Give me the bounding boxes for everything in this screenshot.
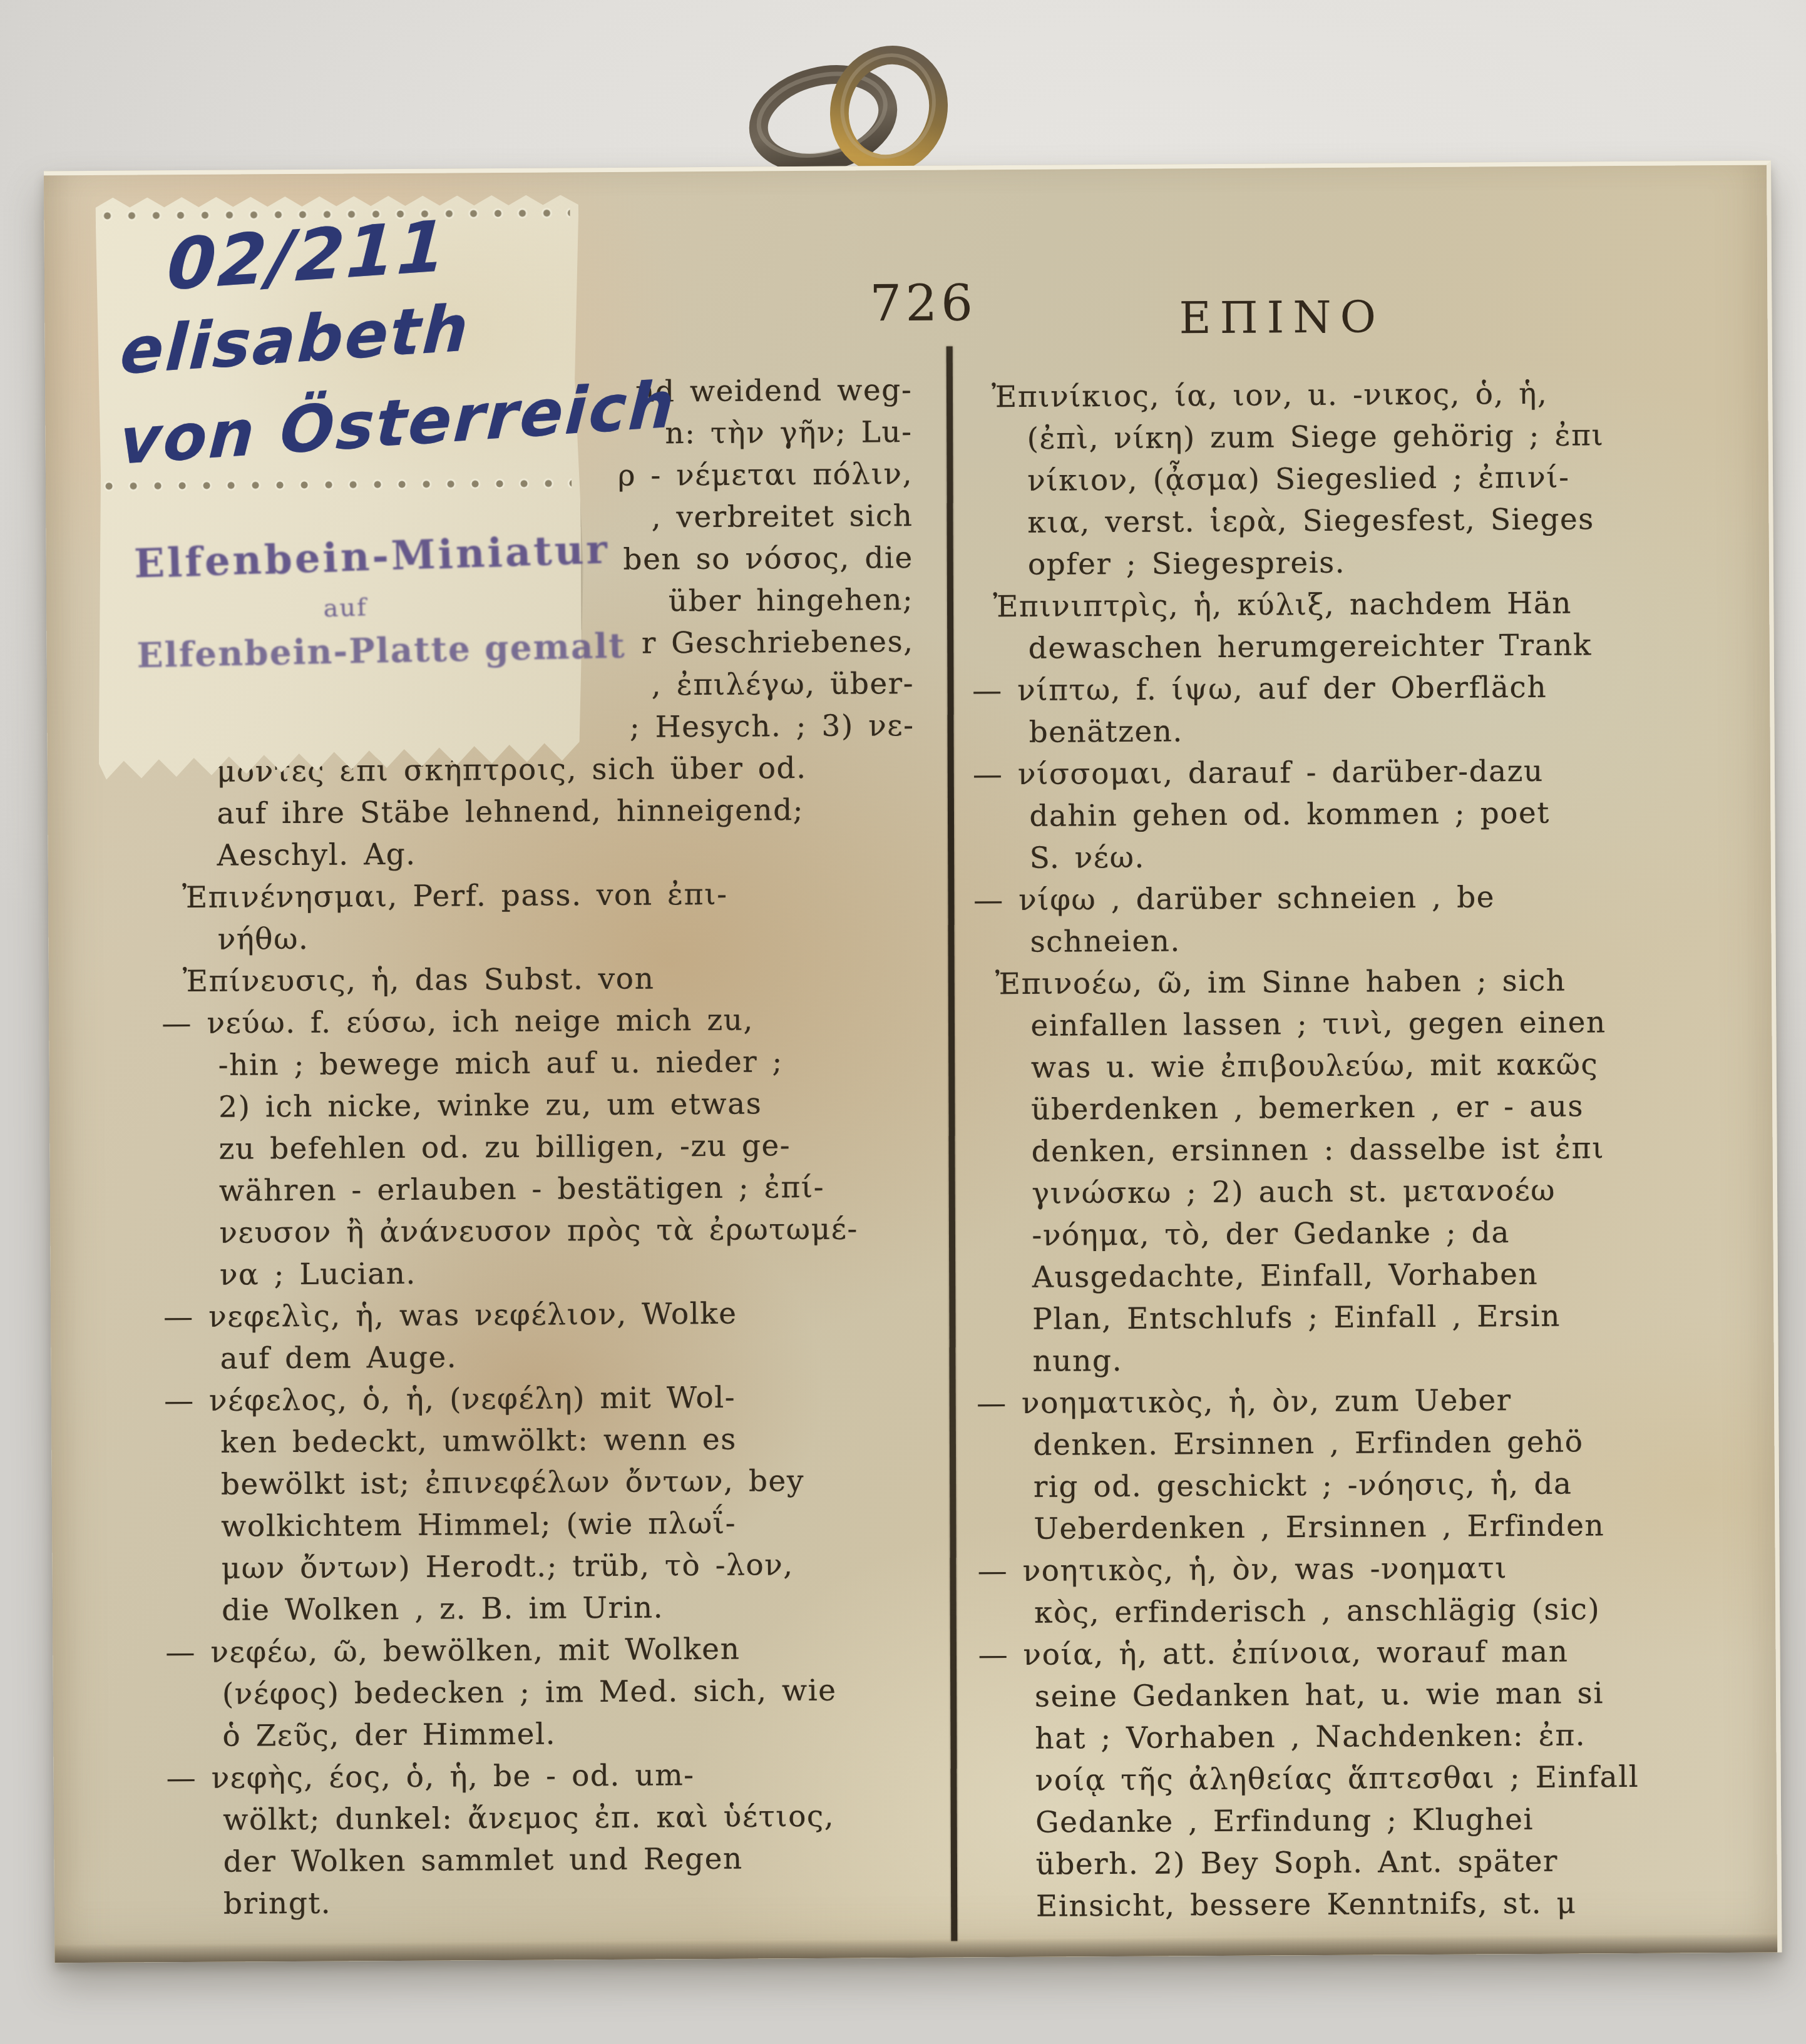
text-line: (ἐπὶ, νίκη) zum Siege gehörig ; ἐπι bbox=[970, 414, 1778, 461]
text-line: — νοητικὸς, ἡ, ὸν, was -νοηματι bbox=[978, 1545, 1782, 1592]
text-line: dahin gehen od. kommen ; poet bbox=[973, 790, 1780, 837]
text-line: νίκιον, (ᾆσμα) Siegeslied ; ἐπινί- bbox=[971, 456, 1778, 503]
text-line: bringt. bbox=[167, 1879, 921, 1925]
text-line: opfer ; Siegespreis. bbox=[972, 539, 1779, 586]
text-line: — νεφελὶς, ἡ, was νεφέλιον, Wolke bbox=[163, 1292, 918, 1338]
text-line: νοίᾳ τῆς ἀληθείας ἅπτεσθαι ; Einfall bbox=[979, 1755, 1782, 1802]
text-line: Einsicht, bessere Kenntnifs, st. μ bbox=[980, 1881, 1782, 1928]
text-line: Aeschyl. Ag. bbox=[161, 830, 915, 877]
text-line: S. νέω. bbox=[973, 832, 1781, 879]
ring-svg bbox=[736, 44, 961, 178]
text-line: μων ὄντων) Herodt.; trüb, τὸ -λον, bbox=[165, 1543, 919, 1590]
text-line: κὸς, erfinderisch , anschlägig (sic) bbox=[978, 1587, 1782, 1634]
text-line: να ; Lucian. bbox=[163, 1250, 918, 1296]
text-line: — νέφελος, ὁ, ἡ, (νεφέλη) mit Wol- bbox=[164, 1376, 918, 1422]
stamp-line2: auf bbox=[323, 585, 649, 623]
text-line: Ἐπίνευσις, ἡ, das Subst. von bbox=[162, 956, 916, 1003]
text-line: dewaschen herumgereichter Trank bbox=[972, 623, 1780, 670]
text-line: Ueberdenken , Ersinnen , Erfinden bbox=[977, 1503, 1782, 1550]
miniature-back-board: E 726 ΕΠΙΝΟ nd weidend weg-n: τὴν γῆν; L… bbox=[44, 161, 1782, 1963]
text-line: Plan, Entschlufs ; Einfall , Ersin bbox=[976, 1294, 1782, 1341]
text-line: -hin ; bewege mich auf u. nieder ; bbox=[162, 1040, 916, 1086]
text-line: — νίπτω, f. ίψω, auf der Oberfläch bbox=[972, 665, 1780, 712]
rubber-stamp: Elfenbein-Miniatur auf Elfenbein-Platte … bbox=[133, 525, 650, 678]
text-line: (νέφος) bedecken ; im Med. sich, wie bbox=[166, 1669, 920, 1715]
text-line: seine Gedanken hat, u. wie man si bbox=[978, 1671, 1782, 1718]
text-line: 2) ich nicke, winke zu, um etwas bbox=[162, 1082, 916, 1128]
column-divider-rule bbox=[947, 347, 958, 1941]
text-line: — νοία, ἡ, att. ἐπίνοια, worauf man bbox=[978, 1629, 1782, 1676]
text-line: ken bedeckt, umwölkt: wenn es bbox=[164, 1418, 918, 1464]
text-line: Gedanke , Erfindung ; Klughei bbox=[979, 1797, 1782, 1844]
text-line: wolkichtem Himmel; (wie πλωΐ- bbox=[165, 1501, 919, 1548]
text-line: denken, ersinnen : dasselbe ist ἐπι bbox=[975, 1126, 1782, 1173]
text-line: νήθω. bbox=[161, 914, 915, 961]
text-line: ὁ Ζεῦς, der Himmel. bbox=[166, 1711, 920, 1757]
text-line: währen - erlauben - bestätigen ; ἐπί- bbox=[163, 1166, 917, 1212]
text-line: auf dem Auge. bbox=[163, 1334, 918, 1380]
text-line: rig od. geschickt ; -νόησις, ἡ, da bbox=[977, 1461, 1782, 1508]
perforation-holes-middle bbox=[103, 478, 572, 492]
text-line: — νοηματικὸς, ἡ, ὸν, zum Ueber bbox=[977, 1377, 1782, 1424]
text-line: der Wolken sammlet und Regen bbox=[167, 1837, 921, 1883]
text-line: κια, verst. ἱερὰ, Siegesfest, Sieges bbox=[971, 498, 1778, 544]
hanging-ring-icon bbox=[736, 44, 961, 178]
text-line: Ἐπινιπτρὶς, ἡ, κύλιξ, nachdem Hän bbox=[972, 581, 1779, 628]
text-line: Ἐπινοέω, ῶ, im Sinne haben ; sich bbox=[974, 958, 1782, 1005]
text-line: — νεφέω, ῶ, bewölken, mit Wolken bbox=[165, 1627, 920, 1674]
text-line: — νίσσομαι, darauf - darüber-dazu bbox=[973, 749, 1780, 796]
text-line: auf ihre Stäbe lehnend, hinneigend; bbox=[160, 789, 915, 835]
text-line: — νίφω , darüber schneien , be bbox=[973, 874, 1781, 921]
page-number: 726 bbox=[870, 273, 977, 332]
header-catchword: ΕΠΙΝΟ bbox=[1179, 291, 1385, 344]
text-line: — νεύω. f. εύσω, ich neige mich zu, bbox=[162, 998, 916, 1045]
text-line: bewölkt ist; ἐπινεφέλων ὄντων, bey bbox=[165, 1459, 919, 1506]
text-line: Ἐπινίκιος, ία, ιον, u. -νικος, ὁ, ἡ, bbox=[970, 372, 1778, 419]
text-line: — νεφὴς, έος, ὁ, ἡ, be - od. um- bbox=[167, 1753, 921, 1799]
text-line: -νόημα, τὸ, der Gedanke ; da bbox=[975, 1210, 1782, 1257]
text-line: νευσον ἢ ἀνάνευσον πρὸς τὰ ἐρωτωμέ- bbox=[163, 1208, 917, 1254]
text-line: benätzen. bbox=[972, 707, 1780, 754]
text-line: überh. 2) Bey Soph. Ant. später bbox=[979, 1839, 1782, 1886]
text-line: hat ; Vorhaben , Nachdenken: ἐπ. bbox=[978, 1713, 1782, 1760]
text-line: Ἐπινένησμαι, Perf. pass. von ἐπι- bbox=[161, 872, 915, 919]
text-line: γινώσκω ; 2) auch st. μετανοέω bbox=[975, 1168, 1782, 1215]
right-text-column: Ἐπινίκιος, ία, ιον, u. -νικος, ὁ, ἡ,(ἐπὶ… bbox=[970, 372, 1782, 1928]
text-line: einfallen lassen ; τινὶ, gegen einen bbox=[974, 1000, 1782, 1047]
text-line: nung. bbox=[976, 1336, 1782, 1382]
text-line: schneien. bbox=[973, 916, 1781, 963]
text-line: Ausgedachte, Einfall, Vorhaben bbox=[976, 1252, 1782, 1299]
text-line: überdenken , bemerken , er - aus bbox=[975, 1084, 1782, 1131]
text-line: wölkt; dunkel: ἄνεμος ἐπ. καὶ ὑέτιος, bbox=[167, 1795, 921, 1841]
text-line: was u. wie ἐπιβουλεύω, mit κακῶς bbox=[975, 1042, 1782, 1089]
text-line: zu befehlen od. zu billigen, -zu ge- bbox=[162, 1124, 916, 1170]
text-line: die Wolken , z. B. im Urin. bbox=[165, 1585, 920, 1632]
text-line: denken. Ersinnen , Erfinden gehö bbox=[977, 1419, 1782, 1466]
